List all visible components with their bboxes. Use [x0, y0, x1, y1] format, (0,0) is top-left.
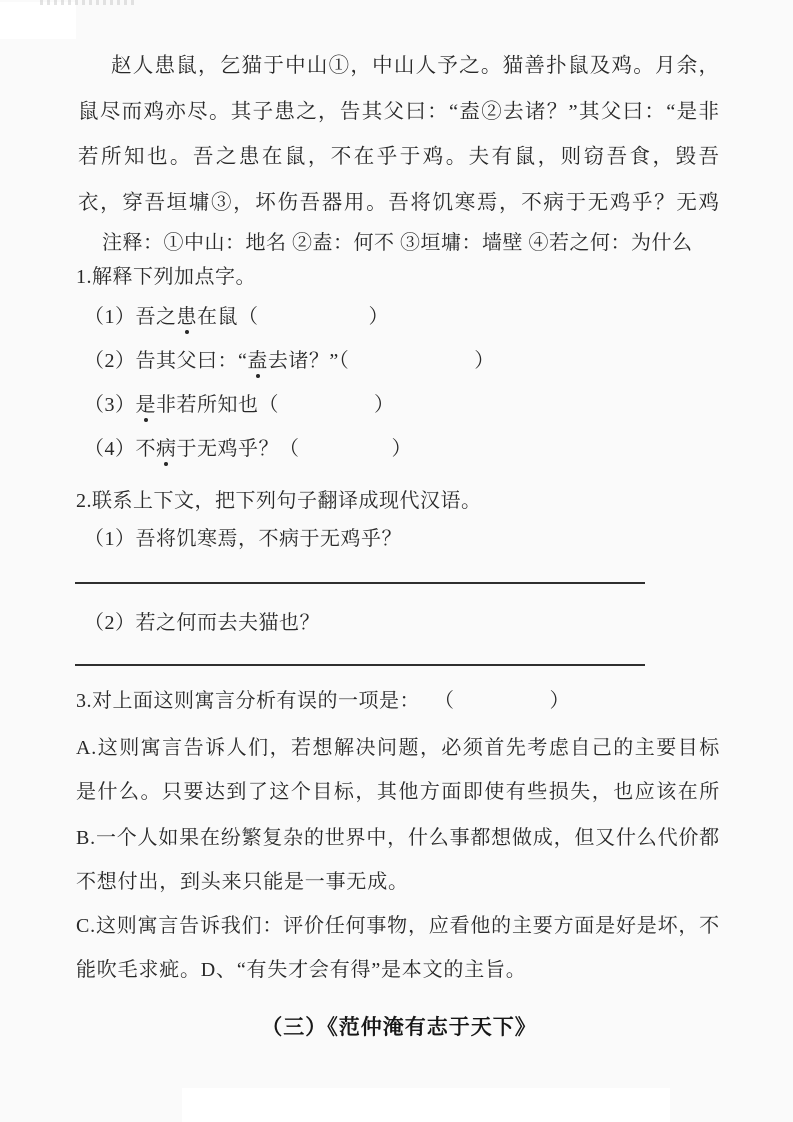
q1-item-4-post: 于无鸡乎？（: [177, 438, 300, 460]
q2-item-1: （1）吾将饥寒焉，不病于无鸡乎？: [84, 526, 720, 552]
q1-item-3-close-paren: ）: [374, 394, 395, 416]
q1-item-3-pre: （3）: [84, 394, 136, 416]
q1-item-3-dotted-char: 是: [136, 394, 157, 416]
q2-item-2: （2）若之何而去夫猫也？: [84, 610, 720, 636]
option-b: B.一个人如果在纷繁复杂的世界中，什么事都想做成，但又什么代价都不想付出，到头来…: [76, 816, 720, 904]
passage-notes: 注释：①中山：地名 ②盍：何不 ③垣墉：墙壁 ④若之何：为什么: [102, 230, 720, 256]
q1-item-4-close-paren: ）: [392, 438, 413, 460]
q1-item-4: （4）不病于无鸡乎？（）: [84, 436, 720, 462]
q1-item-2-pre: （2）告其父曰：“: [84, 350, 247, 372]
q3-open-paren: （: [434, 690, 455, 712]
q1-item-1-close-paren: ）: [369, 306, 390, 328]
option-a: A.这则寓言告诉人们，若想解决问题，必须首先考虑自己的主要目标是什么。只要达到了…: [76, 726, 720, 814]
answer-line-2: [75, 664, 645, 666]
q3-stem-text: 3.对上面这则寓言分析有误的一项是：: [76, 690, 420, 712]
q1-item-1-dotted-char: 患: [177, 306, 198, 328]
q1-item-2-post: 去诸？”（: [268, 350, 349, 372]
q1-item-3-answer-blank: [279, 410, 374, 411]
q1-item-4-answer-blank: [300, 454, 392, 455]
scan-artifact-top-left-patch: [0, 2, 76, 39]
q1-item-4-dotted-char: 病: [156, 438, 177, 460]
worksheet-content: 赵人患鼠，乞猫于中山①，中山人予之。猫善扑鼠及鸡。月余，鼠尽而鸡亦尽。其子患之，…: [78, 44, 720, 1040]
passage-paragraph: 赵人患鼠，乞猫于中山①，中山人予之。猫善扑鼠及鸡。月余，鼠尽而鸡亦尽。其子患之，…: [78, 44, 720, 226]
question-1-stem: 1.解释下列加点字。: [76, 264, 720, 290]
q1-item-3-post: 非若所知也（: [156, 394, 279, 416]
q1-item-1-pre: （1）吾之: [84, 306, 177, 328]
q3-stem-gap: [420, 706, 434, 707]
q1-item-1-post: 在鼠（: [197, 306, 259, 328]
scan-artifact-bottom-patch: [182, 1088, 670, 1122]
scan-artifact-cutoff-text: [40, 0, 138, 5]
q1-item-2-dotted-char: 盍: [247, 350, 268, 372]
q1-item-1-answer-blank: [259, 322, 369, 323]
q1-item-1: （1）吾之患在鼠（）: [84, 304, 720, 330]
answer-line-1: [75, 582, 645, 584]
option-c-and-d: C.这则寓言告诉我们：评价任何事物，应看他的主要方面是好是坏，不能吹毛求疵。D、…: [76, 904, 720, 992]
q1-item-2-close-paren: ）: [474, 350, 495, 372]
q1-item-3: （3）是非若所知也（）: [84, 392, 720, 418]
q1-item-2: （2）告其父曰：“盍去诸？”（）: [84, 348, 720, 374]
question-2-stem: 2.联系上下文，把下列句子翻译成现代汉语。: [76, 488, 720, 514]
q1-item-2-answer-blank: [349, 366, 474, 367]
next-section-heading: （三）《范仲淹有志于天下》: [78, 1014, 720, 1040]
q1-item-4-pre: （4）不: [84, 438, 156, 460]
question-3-stem: 3.对上面这则寓言分析有误的一项是：（）: [76, 688, 720, 714]
worksheet-page: 赵人患鼠，乞猫于中山①，中山人予之。猫善扑鼠及鸡。月余，鼠尽而鸡亦尽。其子患之，…: [0, 0, 793, 1122]
q3-answer-blank: [455, 706, 550, 707]
q3-close-paren: ）: [550, 690, 571, 712]
